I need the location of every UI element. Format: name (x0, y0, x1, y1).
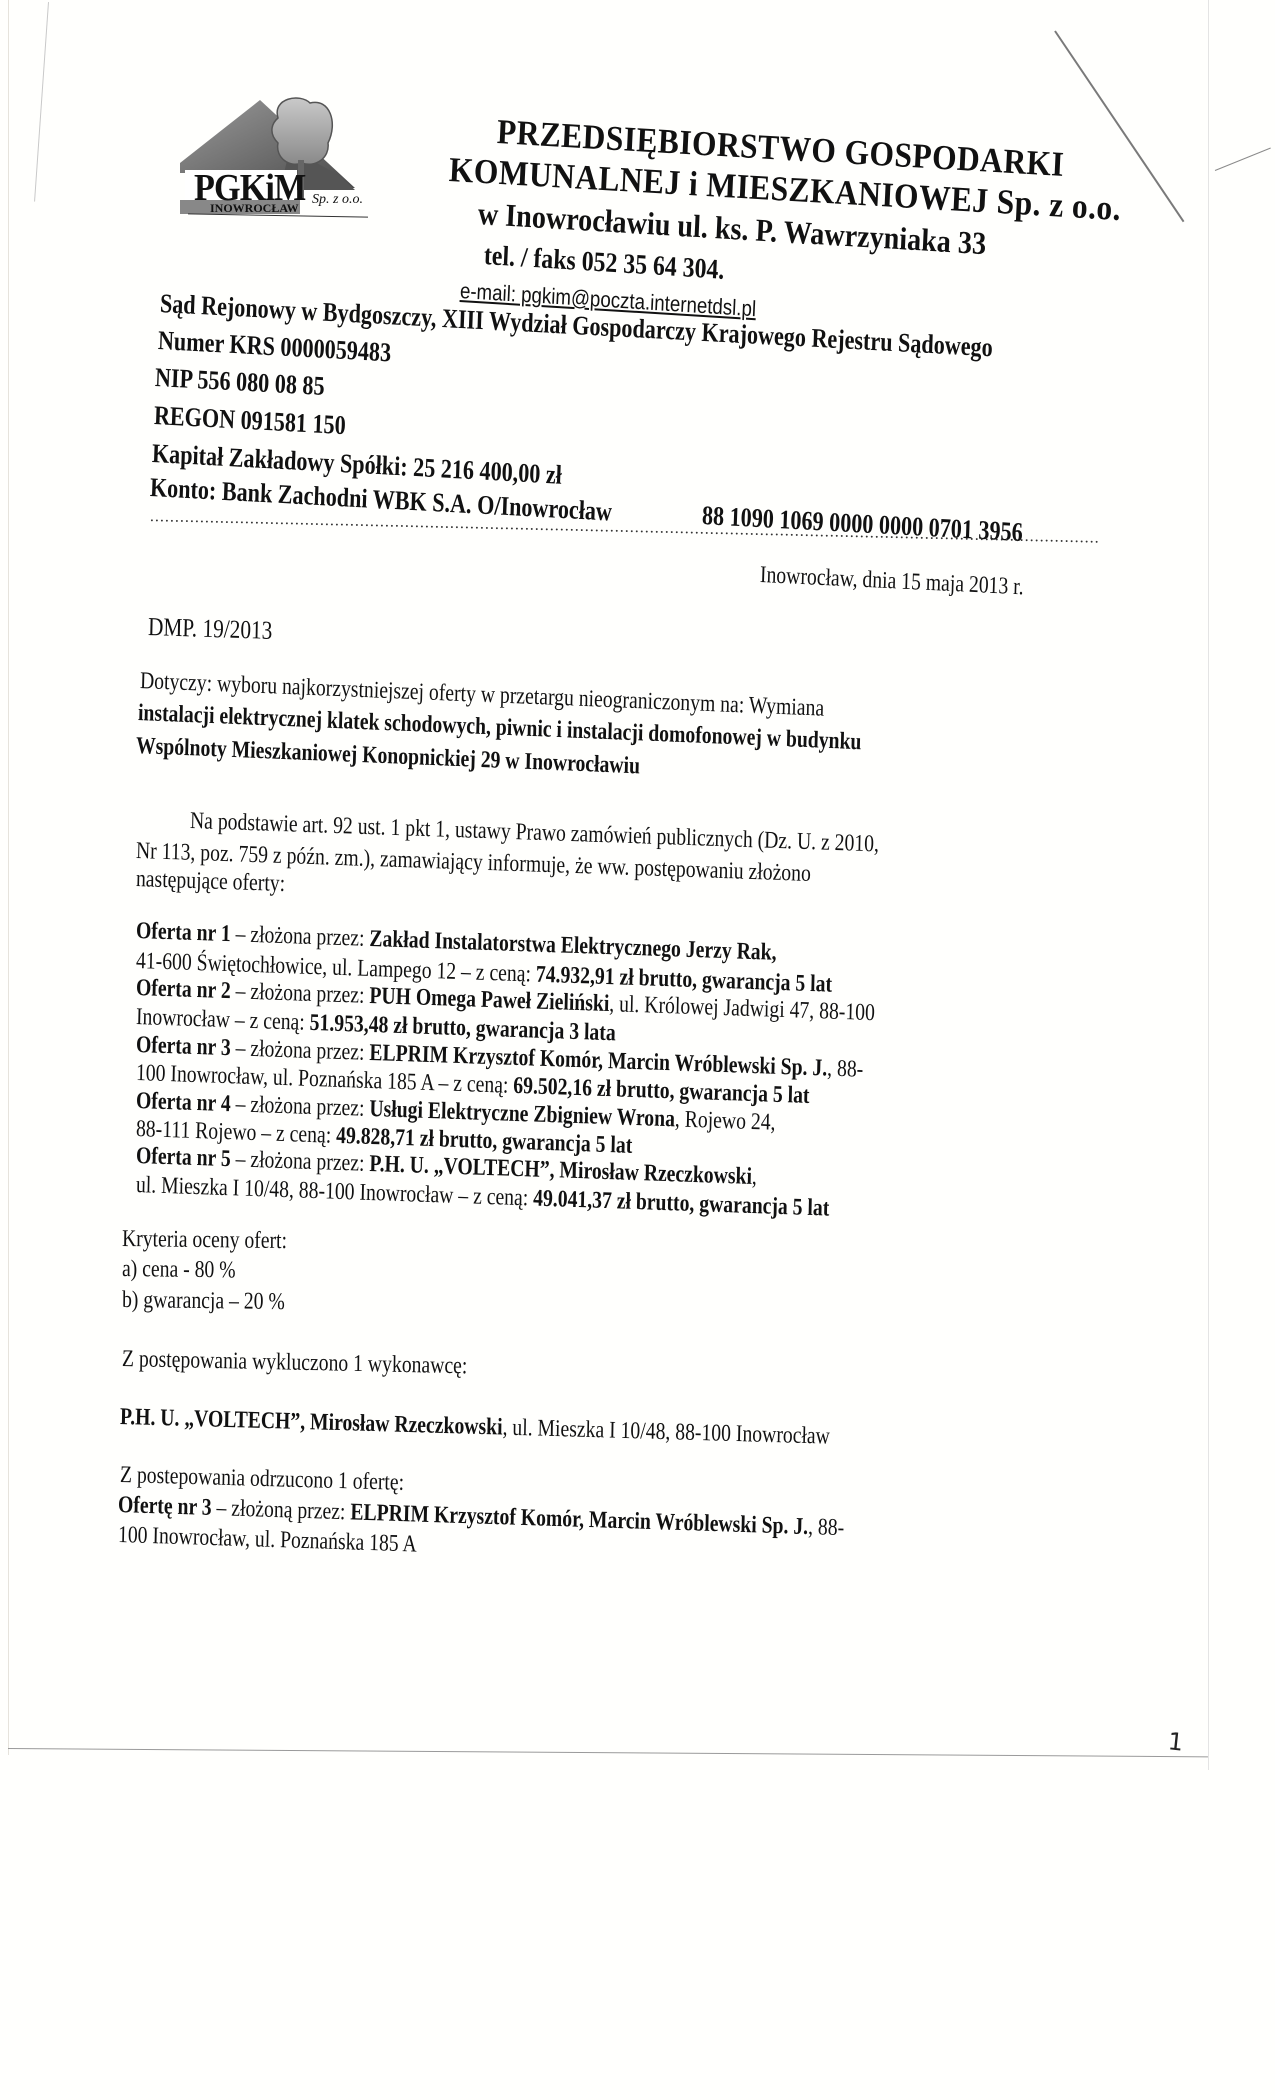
offer-by: – złożona przez: (230, 921, 369, 952)
criteria-title: Kryteria oceny ofert: (122, 1226, 287, 1255)
company-logo: PGKiM INOWROCŁAW Sp. z o.o. (160, 88, 380, 228)
reference-number: DMP. 19/2013 (148, 612, 273, 646)
rejected-title: Z postepowania odrzucono 1 ofertę: (120, 1462, 405, 1497)
offer-warranty: gwarancja 5 lat (674, 1078, 810, 1109)
rejected-company: ELPRIM Krzysztof Komór, Marcin Wróblewsk… (350, 1499, 808, 1540)
excluded-title: Z postępowania wykluczono 1 wykonawcę: (122, 1346, 468, 1380)
logo-legal-form: Sp. z o.o. (312, 192, 363, 208)
rejected-by: – złożoną przez: (211, 1495, 350, 1525)
nip-number: NIP 556 080 08 85 (154, 362, 325, 402)
offer-by: – złożona przez: (230, 978, 369, 1009)
offer-by: – złożona przez: (230, 1091, 369, 1122)
rejected-company-address: , 88- (808, 1514, 845, 1541)
offer-address: Inowrocław – z ceną: (136, 1004, 310, 1036)
criteria-item-price: a) cena - 80 % (122, 1256, 236, 1284)
document-page: PGKiM INOWROCŁAW Sp. z o.o. PRZEDSIĘBIOR… (0, 0, 1275, 1760)
excluded-contractor: P.H. U. „VOLTECH”, Mirosław Rzeczkowski,… (120, 1404, 830, 1451)
offer-price: 49.828,71 zł brutto, (336, 1123, 498, 1154)
company-phone: tel. / faks 052 35 64 304. (483, 240, 725, 287)
offer-company-address: , Rojewo 24, (675, 1106, 776, 1135)
rejected-offer-line-2: 100 Inowrocław, ul. Poznańska 185 A (118, 1522, 417, 1559)
intro-line-3: następujące oferty: (136, 866, 286, 898)
offer-company-address: , 88- (827, 1056, 864, 1083)
offer-label: Oferta nr 4 (136, 1088, 231, 1117)
offer-price: 74.932,91 zł brutto, (536, 962, 698, 993)
offer-warranty: gwarancja 5 lat (694, 1191, 830, 1222)
page-number: 1 (1167, 1727, 1185, 1756)
offer-price: 69.502,16 zł brutto, (513, 1073, 675, 1104)
offer-warranty: gwarancja 5 lat (697, 967, 833, 998)
offer-warranty: gwarancja 5 lat (497, 1128, 633, 1159)
place-and-date: Inowrocław, dnia 15 maja 2013 r. (760, 562, 1024, 601)
offer-label: Oferta nr 5 (136, 1143, 231, 1172)
offer-label: Oferta nr 3 (136, 1032, 231, 1061)
regon-number: REGON 091581 150 (153, 400, 346, 441)
offer-company-address: , (752, 1164, 758, 1190)
criteria-item-warranty: b) gwarancja – 20 % (122, 1287, 285, 1316)
offer-price: 49.041,37 zł brutto, (533, 1186, 695, 1217)
offer-by: – złożona przez: (230, 1035, 369, 1066)
offer-label: Oferta nr 1 (136, 918, 231, 947)
offer-warranty: gwarancja 3 lata (471, 1015, 616, 1046)
offer-company-address: , ul. Królowej Jadwigi 47, 88-100 (609, 991, 875, 1026)
krs-number: Numer KRS 0000059483 (157, 325, 391, 368)
offer-price: 51.953,48 zł brutto, (309, 1010, 471, 1041)
offer-by: – złożona przez: (230, 1146, 369, 1177)
excluded-address: , ul. Mieszka I 10/48, 88-100 Inowrocław (502, 1415, 830, 1450)
rejected-label: Ofertę nr 3 (118, 1492, 212, 1521)
excluded-company: P.H. U. „VOLTECH”, Mirosław Rzeczkowski (120, 1404, 503, 1441)
offer-label: Oferta nr 2 (136, 975, 231, 1004)
